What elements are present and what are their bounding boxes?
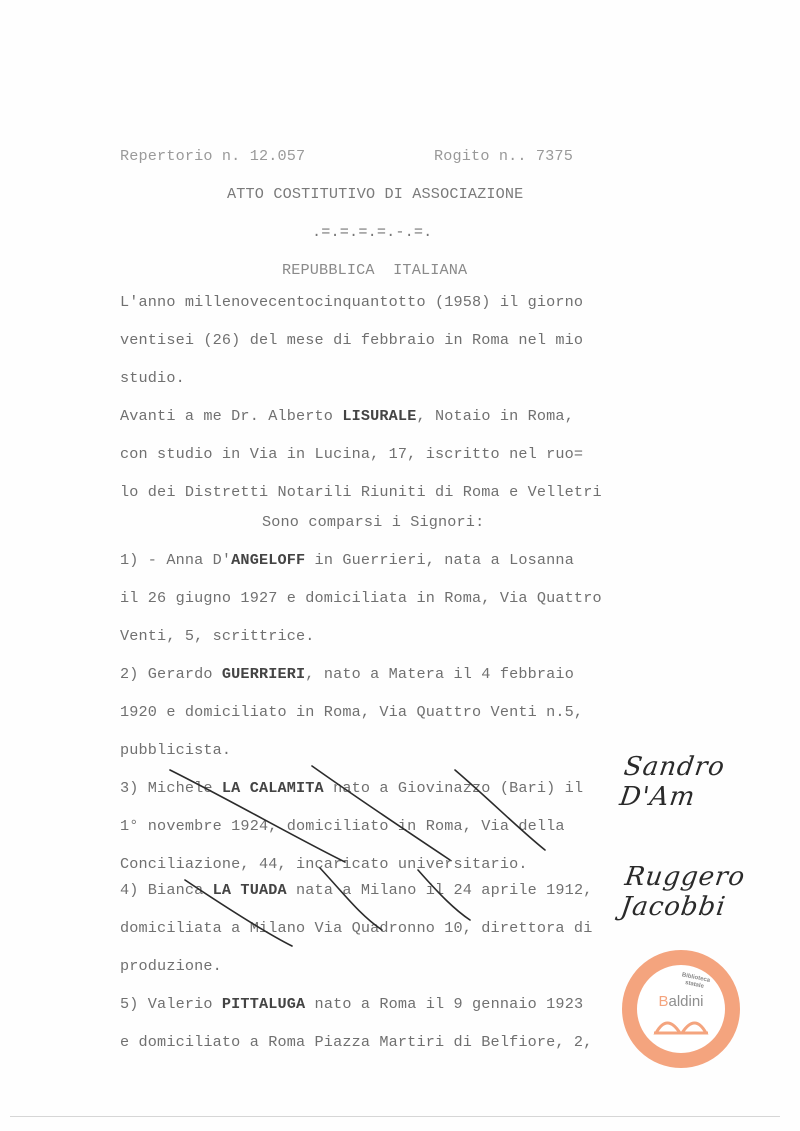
logo-name: Baldini [637, 993, 725, 1010]
title-separator: .=.=.=.=.-.=. [312, 222, 432, 242]
party-2-line: 1920 e domiciliato in Roma, Via Quattro … [120, 702, 583, 722]
party-2-line: pubblicista. [120, 740, 231, 760]
party-2-line: 2) Gerardo GUERRIERI, nato a Matera il 4… [120, 664, 574, 684]
page-bottom-edge [10, 1116, 780, 1117]
surname: LA CALAMITA [222, 779, 324, 797]
party-3-line: 1° novembre 1924, domiciliato in Roma, V… [120, 816, 565, 836]
party-4-line: domiciliata a Milano Via Quadronno 10, d… [120, 918, 592, 938]
body-line: con studio in Via in Lucina, 17, iscritt… [120, 444, 583, 464]
body-line: L'anno millenovecentocinquantotto (1958)… [120, 292, 583, 312]
baldini-library-logo: Biblioteca statale Baldini [622, 950, 740, 1068]
party-5-line: e domiciliato a Roma Piazza Martiri di B… [120, 1032, 592, 1052]
surname: LISURALE [342, 407, 416, 425]
appeared-heading: Sono comparsi i Signori: [262, 512, 484, 532]
handwritten-signature-1: Sandro D'Am [618, 752, 800, 812]
surname: PITTALUGA [222, 995, 305, 1013]
body-line: ventisei (26) del mese di febbraio in Ro… [120, 330, 583, 350]
party-3-line: 3) Michele LA CALAMITA nato a Giovinazzo… [120, 778, 583, 798]
open-book-icon [653, 1011, 709, 1035]
party-1-line: 1) - Anna D'ANGELOFF in Guerrieri, nata … [120, 550, 574, 570]
surname: LA TUADA [213, 881, 287, 899]
logo-subtitle: Biblioteca statale [674, 971, 716, 993]
party-1-line: Venti, 5, scrittrice. [120, 626, 315, 646]
handwritten-signature-2: Ruggero Jacobbi [619, 862, 800, 922]
document-page: Repertorio n. 12.057 Rogito n.. 7375 ATT… [0, 0, 800, 1131]
party-5-line: 5) Valerio PITTALUGA nato a Roma il 9 ge… [120, 994, 583, 1014]
surname: ANGELOFF [231, 551, 305, 569]
party-4-line: 4) Bianca LA TUADA nata a Milano il 24 a… [120, 880, 592, 900]
surname: GUERRIERI [222, 665, 305, 683]
body-line: lo dei Distretti Notarili Riuniti di Rom… [120, 482, 602, 502]
republic-heading: REPUBBLICA ITALIANA [282, 260, 467, 280]
rogito-number: Rogito n.. 7375 [434, 146, 573, 166]
body-line: Avanti a me Dr. Alberto LISURALE, Notaio… [120, 406, 574, 426]
party-3-line: Conciliazione, 44, incaricato universita… [120, 854, 528, 874]
repertorio-number: Repertorio n. 12.057 [120, 146, 305, 166]
party-1-line: il 26 giugno 1927 e domiciliata in Roma,… [120, 588, 602, 608]
body-line: studio. [120, 368, 185, 388]
party-4-line: produzione. [120, 956, 222, 976]
document-title: ATTO COSTITUTIVO DI ASSOCIAZIONE [227, 184, 523, 204]
